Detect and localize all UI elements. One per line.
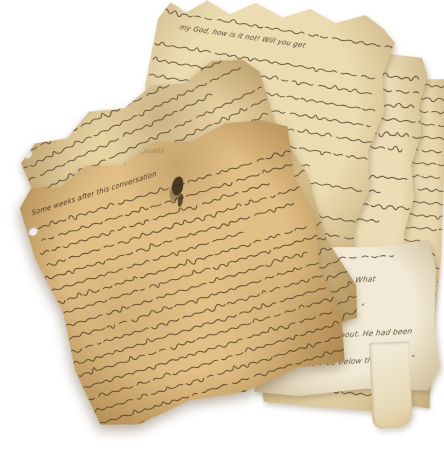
handwriting-text-line: said Barton — that [166, 0, 237, 7]
manuscript-photo: " A little girl at"!" asked Barton "I sa… [0, 0, 444, 450]
folded-corner [369, 341, 413, 429]
